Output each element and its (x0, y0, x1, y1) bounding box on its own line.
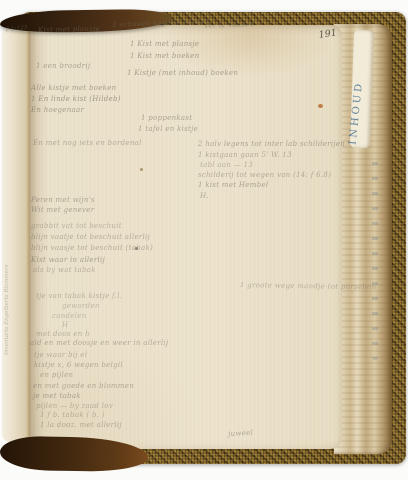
handwriting-line: ald en met doosje en weer in allerlij (30, 339, 168, 347)
handwriting-line: blijn vaatje tot beschuit allerlij (31, 233, 150, 241)
stain (318, 104, 323, 108)
handwriting-line: Alle kistje met boeken (31, 84, 116, 92)
handwriting-line: 1 kist met Hembel (198, 181, 268, 189)
handwriting-line: geworden (62, 302, 100, 310)
fore-edge-ink-marks (372, 150, 378, 360)
handwriting-line: en met goede en blommen (33, 382, 134, 390)
handwriting-line: schilderij tot wegen van (14: f 6.8) (198, 171, 331, 179)
handwriting-line: met doos en h (36, 330, 90, 338)
handwriting-line: Wit met genever (31, 206, 94, 214)
handwriting-line: Peren met wijn's (31, 196, 95, 204)
handwriting-line: En hoegenaar (31, 106, 84, 114)
handwriting-line: 1 Kist met boeken (130, 52, 199, 60)
handwriting-line: als by wat tabak (33, 266, 96, 274)
handwriting-line: Kist waar in allerlij (31, 256, 105, 264)
handwriting-line: H (62, 321, 68, 329)
handwriting-line: blijn vaasje tot beschuit (tabak) (31, 244, 153, 252)
stain (140, 168, 143, 171)
handwriting-line: Kist met plansje (38, 25, 100, 34)
handwriting-line: pijlen — by zaad lov (36, 402, 113, 410)
handwriting-line: 1 En linde kist (Hildeb) (31, 95, 121, 103)
handwriting-line: en pijlen (40, 371, 73, 379)
handwriting-line: 1 Kistje (met inhoud) boeken (127, 69, 238, 77)
handwriting-line: je met tabak (33, 392, 81, 400)
handwriting-line: 2 halv legens tot inter lab schilderijen (198, 140, 345, 148)
handwriting-line: tje van tabak kistje f.l. (36, 292, 122, 300)
handwriting-line: 1 poppenkast (141, 114, 192, 122)
handwriting-line: tabl aan — 13 (200, 161, 253, 169)
handwriting-line: 1 la dooz. met allerlij (40, 421, 122, 429)
handwriting-line: H. (200, 192, 209, 200)
handwriting-line: 1 tafel en kistje (138, 125, 198, 133)
handwriting-line: kistje x, 6 wegen belgil (34, 361, 123, 369)
margin-note-vertical: Inventaris Engelberts Blommers (4, 225, 10, 355)
handwriting-line: tje waar bij el (34, 351, 87, 359)
handwriting-line: 1 Kist met plansje (130, 40, 199, 48)
handwriting-line: 1 f b. tabak ( b. ) (40, 411, 105, 419)
handwriting-line: En met nog iets en bordenal (33, 139, 142, 147)
handwriting-line: 1 kistgaan gaan 5' W. 13 (198, 151, 292, 159)
handwriting-line: candelen (52, 312, 87, 320)
bottom-note: juweel (228, 429, 253, 438)
book-photo: INHOUD 191 Inventaris Engelberts Blommer… (0, 0, 408, 480)
handwriting-line: grabbit vat tot beschuit (31, 222, 122, 230)
handwriting-line: 1 een broodrij (36, 62, 90, 70)
